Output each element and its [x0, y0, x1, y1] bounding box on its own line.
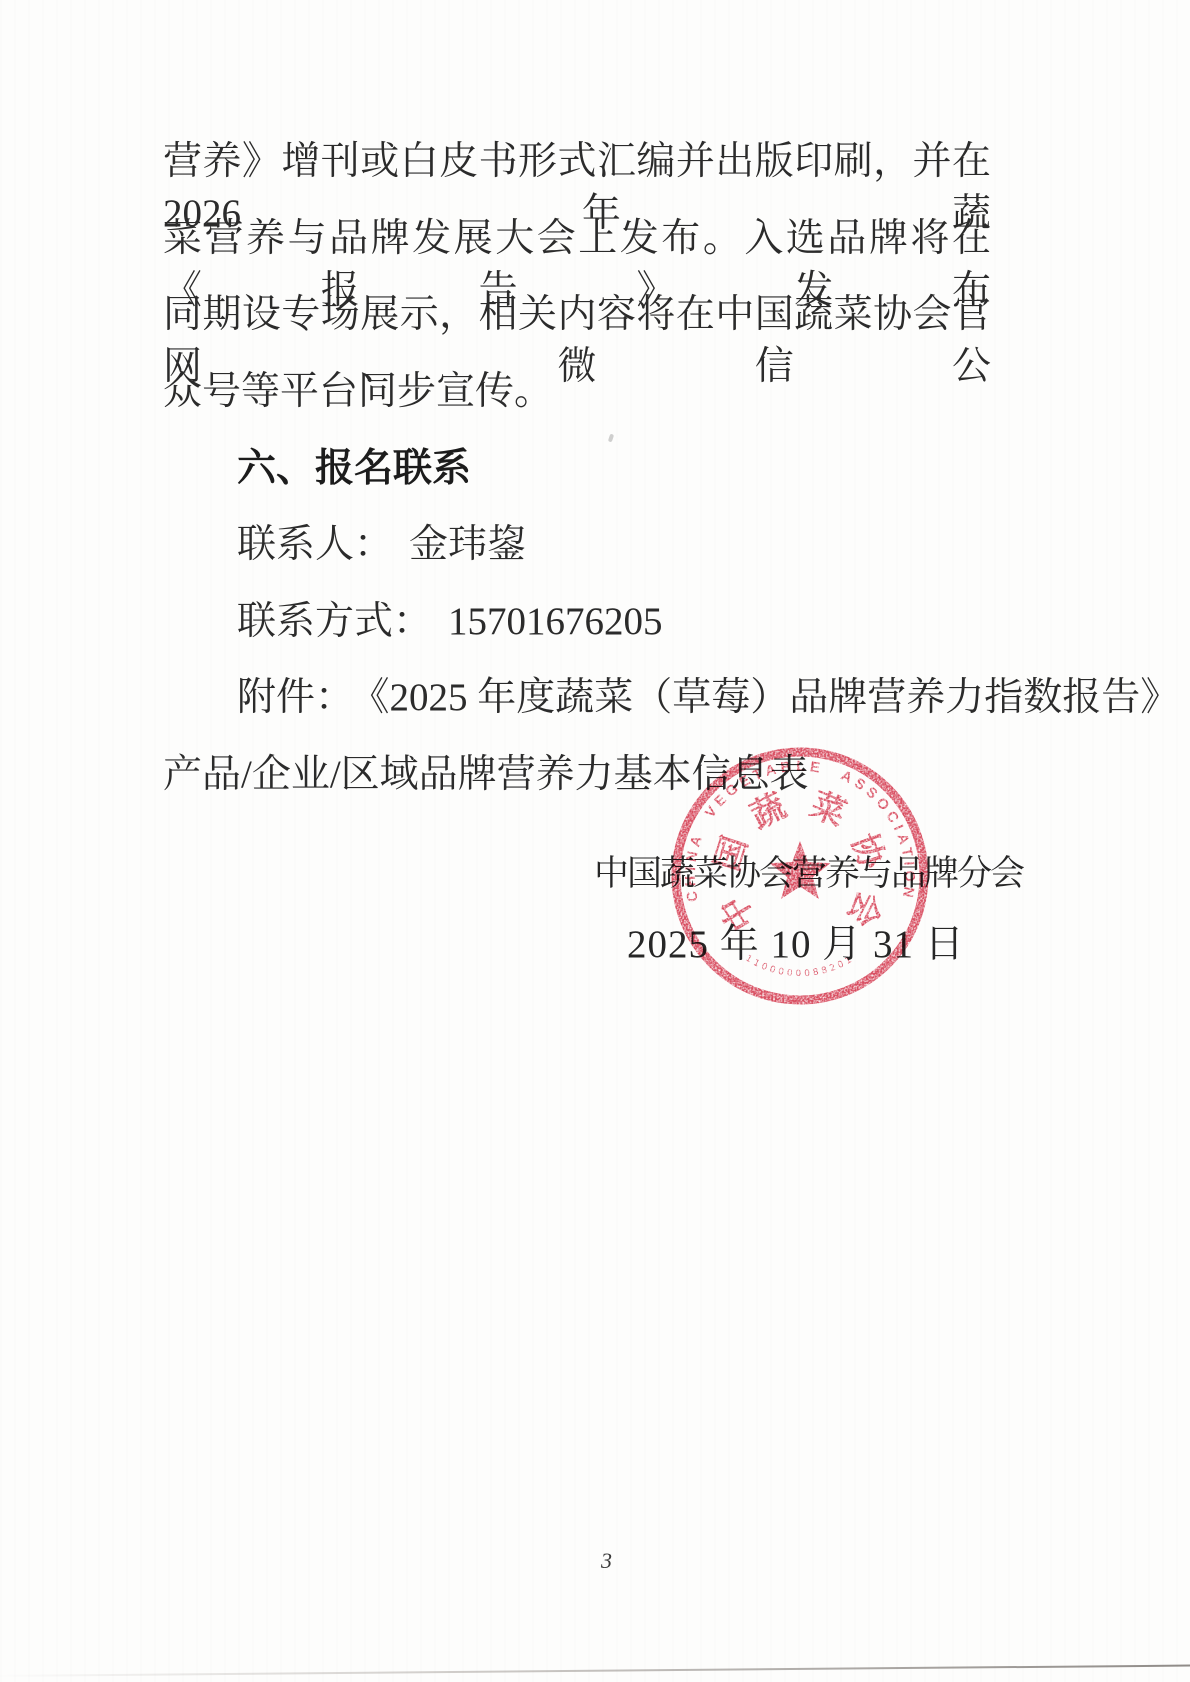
scan-edge-line — [0, 1664, 1190, 1677]
attachment-label: 附件： — [237, 676, 354, 719]
paragraph-line: 众号等平台同步宣传。 — [163, 366, 991, 418]
contact-person-label: 联系人： — [237, 523, 393, 566]
contact-person-name: 金玮鋆 — [409, 523, 526, 566]
section-heading: 六、报名联系 — [163, 443, 991, 495]
contact-person-line: 联系人：金玮鋆 — [163, 519, 991, 571]
contact-phone-number: 15701676205 — [448, 600, 663, 643]
document-page: 营养》增刊或白皮书形式汇编并出版印刷，并在 2026 年蔬 菜营养与品牌发展大会… — [0, 0, 1190, 1682]
seal-serial-number: 1100000088201 — [743, 954, 856, 980]
ink-speck — [608, 434, 614, 443]
seal-inner-char: 菜 — [805, 785, 852, 835]
attachment-line: 附件：《2025 年度蔬菜（草莓）品牌营养力指数报告》 — [163, 672, 991, 724]
contact-phone-line: 联系方式：15701676205 — [163, 596, 991, 648]
contact-phone-label: 联系方式： — [237, 600, 432, 643]
official-seal: CHINA VEGETABLE ASSOCIATION 中 国 蔬 菜 协 会 … — [670, 746, 930, 1006]
seal-inner-char: 中 — [712, 888, 764, 938]
page-number: 3 — [601, 1548, 612, 1574]
seal-inner-char: 会 — [839, 884, 890, 932]
seal-inner-char: 国 — [707, 831, 756, 876]
seal-inner-char: 蔬 — [744, 786, 792, 837]
seal-star-icon — [770, 841, 831, 899]
attachment-title: 《2025 年度蔬菜（草莓）品牌营养力指数报告》 — [370, 676, 1179, 719]
seal-inner-char: 协 — [843, 829, 893, 877]
